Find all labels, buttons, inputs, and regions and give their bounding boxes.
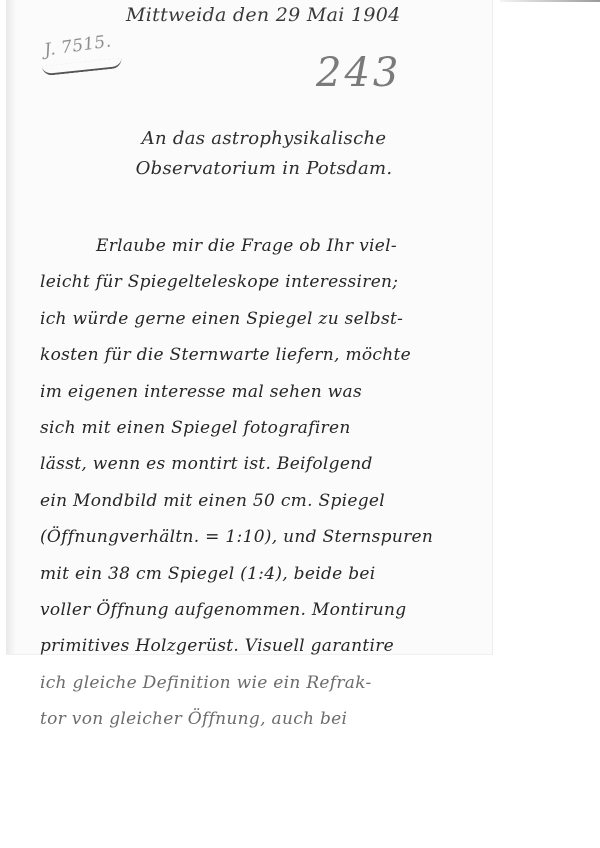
body-line: ein Mondbild mit einen 50 cm. Spiegel xyxy=(40,483,433,519)
archive-reference-underline xyxy=(42,58,123,76)
body-line: Erlaube mir die Frage ob Ihr viel- xyxy=(40,228,433,264)
scanner-edge-shadow xyxy=(500,0,600,2)
addressee-block: An das astrophysikalische Observatorium … xyxy=(104,124,424,184)
body-line: im eigenen interesse mal sehen was xyxy=(40,374,433,410)
body-line: voller Öffnung aufgenommen. Montirung xyxy=(40,592,433,628)
body-line: primitives Holzgerüst. Visuell garantire xyxy=(40,628,433,664)
body-line: sich mit einen Spiegel fotografiren xyxy=(40,410,433,446)
addressee-line: An das astrophysikalische xyxy=(104,124,424,154)
body-line: ich würde gerne einen Spiegel zu selbst- xyxy=(40,301,433,337)
letter-page: Mittweida den 29 Mai 1904 J. 7515. 243 A… xyxy=(6,0,493,655)
archive-reference: J. 7515. xyxy=(43,31,113,60)
addressee-line: Observatorium in Potsdam. xyxy=(104,154,424,184)
place-and-date: Mittweida den 29 Mai 1904 xyxy=(126,4,401,26)
body-line: lässt, wenn es montirt ist. Beifolgend xyxy=(40,446,433,482)
folio-number: 243 xyxy=(316,50,401,96)
page-left-shadow xyxy=(6,0,16,654)
body-line: leicht für Spiegelteleskope interessiren… xyxy=(40,264,433,300)
body-line: kosten für die Sternwarte liefern, möcht… xyxy=(40,337,433,373)
body-line: tor von gleicher Öffnung, auch bei xyxy=(40,701,433,737)
letter-body: Erlaube mir die Frage ob Ihr viel- leich… xyxy=(40,228,433,738)
body-line: ich gleiche Definition wie ein Refrak- xyxy=(40,665,433,701)
body-line: (Öffnungverhältn. = 1:10), und Sternspur… xyxy=(40,519,433,555)
body-line: mit ein 38 cm Spiegel (1:4), beide bei xyxy=(40,556,433,592)
